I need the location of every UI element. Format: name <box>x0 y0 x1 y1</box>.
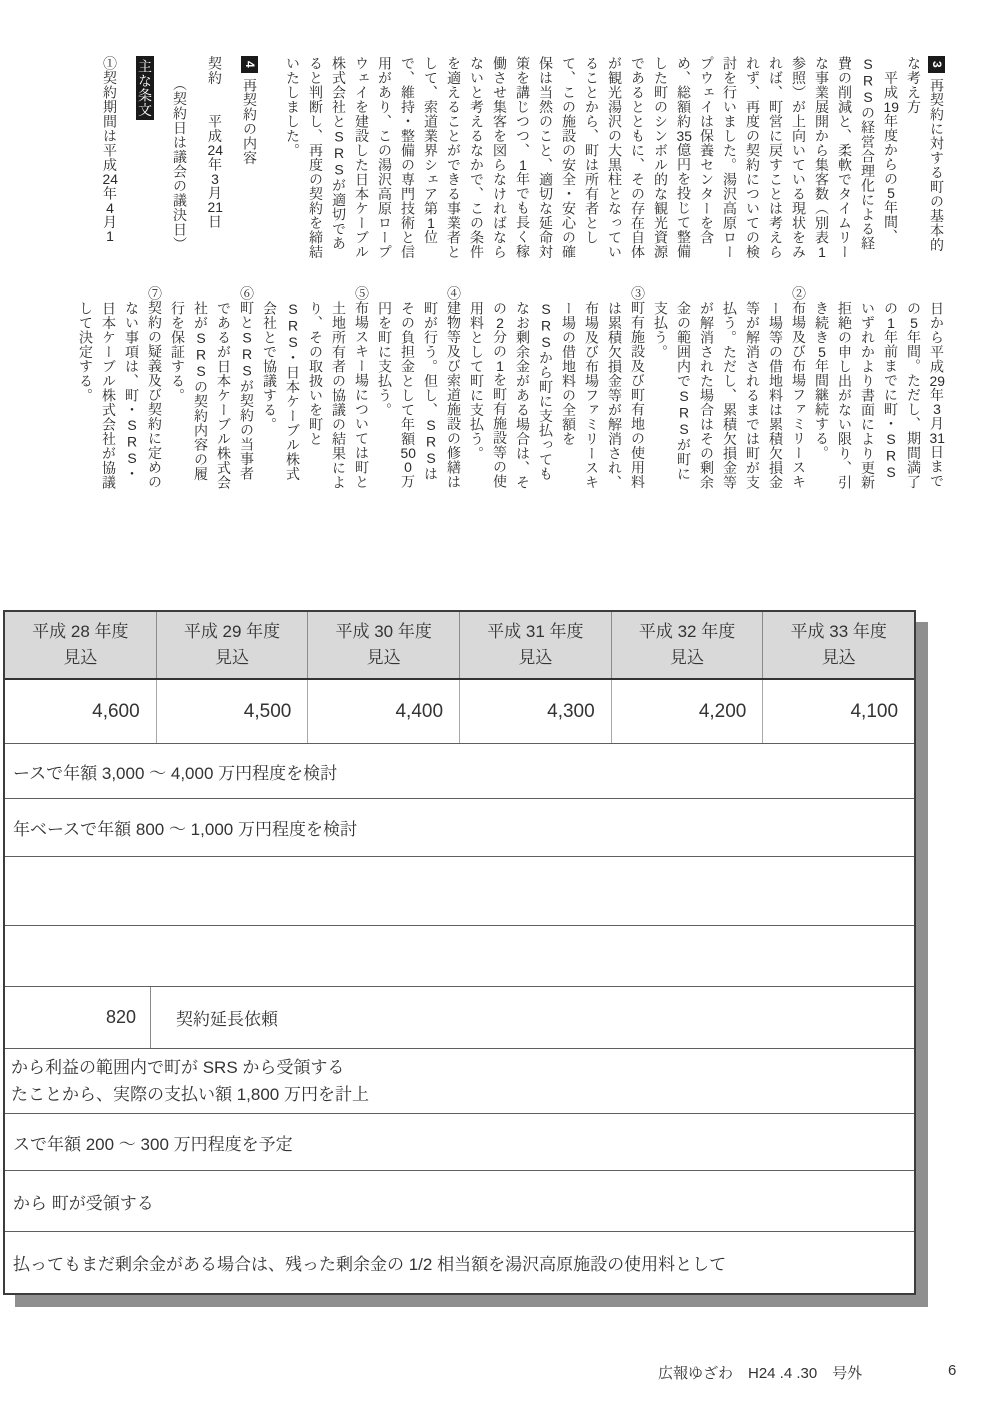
table-empty-row <box>5 926 914 987</box>
value-cell-h30: 4,400 <box>308 680 460 743</box>
table-note-row: から利益の範囲内で町が SRS から受領する たことから、実際の支払い額 1,8… <box>5 1049 914 1114</box>
main-clauses-label: 主な条文 <box>136 56 154 120</box>
table-note-row: 払ってもまだ剰余金がある場合は、残った剰余金の 1/2 相当額を湯沢高原施設の使… <box>5 1232 914 1293</box>
cell-820-value: 820 <box>5 987 151 1048</box>
page-number: 6 <box>948 1362 956 1379</box>
value-cell-h29: 4,500 <box>157 680 309 743</box>
table-note-row: 年ベースで年額 800 ～ 1,000 万円程度を検討 <box>5 799 914 857</box>
table-820-row: 820 契約延長依頼 <box>5 987 914 1049</box>
section-3-title: 再契約に対する町の基本的な考え方 <box>906 56 945 252</box>
header-cell-h31: 平成 31 年度見込 <box>460 612 612 678</box>
publication-title: 広報ゆざわ H24 .4 .30 号外 <box>658 1362 862 1383</box>
section-4-number-badge: 4 <box>241 56 258 73</box>
clause-6: ⑥町とSRSが契約の当事者であるが日本ケーブル株式会社がSRSの契約内容の履行を… <box>166 286 258 494</box>
column-gap <box>261 56 281 264</box>
note-line-2: たことから、実際の支払い額 1,800 万円を計上 <box>11 1081 914 1108</box>
header-cell-h28: 平成 28 年度見込 <box>5 612 157 678</box>
table-values-row: 4,600 4,500 4,400 4,300 4,200 4,100 <box>5 680 914 744</box>
value-cell-h33: 4,100 <box>763 680 914 743</box>
clause-5: ⑤布場スキー場については町と土地所有者の協議の結果により、その取扱いを町とSRS… <box>258 286 373 494</box>
value-cell-h28: 4,600 <box>5 680 157 743</box>
table-note-row: ースで年額 3,000 ～ 4,000 万円程度を検討 <box>5 744 914 799</box>
section-3-number-badge: 3 <box>928 56 945 73</box>
clause-1-start: ①契約期間は平成24年4月1 <box>98 56 121 264</box>
contract-date-note: （契約日は議会の議決日） <box>168 56 191 264</box>
note-line-1: から利益の範囲内で町が SRS から受領する <box>11 1054 914 1081</box>
table-header-row: 平成 28 年度見込 平成 29 年度見込 平成 30 年度見込 平成 31 年… <box>5 612 914 680</box>
header-cell-h32: 平成 32 年度見込 <box>612 612 764 678</box>
header-cell-h29: 平成 29 年度見込 <box>157 612 309 678</box>
section-3-body: 平成19年度からの5年間、SRSの経営合理化による経費の削減と、柔軟でタイムリー… <box>281 56 902 264</box>
header-cell-h30: 平成 30 年度見込 <box>308 612 460 678</box>
vertical-text-band-1: 3再契約に対する町の基本的な考え方 平成19年度からの5年間、SRSの経営合理化… <box>80 56 948 264</box>
column-gap <box>156 56 168 264</box>
column-gap <box>121 56 133 264</box>
clause-7: ⑦契約の疑義及び契約に定めのない事項は、町・SRS・日本ケーブル株式会社が協議し… <box>74 286 166 494</box>
table-empty-row <box>5 857 914 926</box>
forecast-table: 平成 28 年度見込 平成 29 年度見込 平成 30 年度見込 平成 31 年… <box>3 610 916 1295</box>
value-cell-h32: 4,200 <box>612 680 764 743</box>
main-clauses-label-wrap: 主な条文 <box>133 56 156 264</box>
clause-4: ④建物等及び索道施設の修繕は町が行う。但し、SRSはその負担金として年額500万… <box>373 286 465 494</box>
table-note-row: スで年額 200 ～ 300 万円程度を予定 <box>5 1114 914 1171</box>
table-note-row: から 町が受領する <box>5 1171 914 1232</box>
clause-2: ②布場及び布場ファミリースキー場等の借地料は累積欠損金等が解消されるまでは町が支… <box>649 286 810 494</box>
column-gap <box>191 56 203 264</box>
page: { "article": { "section3": { "number": "… <box>0 0 1000 1414</box>
vertical-text-band-2: 日から平成29年3月31日までの5年間。ただし、期間満了の1年前までに町・SRS… <box>80 286 948 494</box>
value-cell-h31: 4,300 <box>460 680 612 743</box>
contract-date-line: 契約 平成24年3月21日 <box>203 56 226 264</box>
section-4-heading: 4再契約の内容 <box>238 56 261 264</box>
cell-820-label: 契約延長依頼 <box>151 987 914 1048</box>
section-3-heading: 3再契約に対する町の基本的な考え方 <box>902 56 948 264</box>
clause-3: ③町有施設及び町有地の使用料は累積欠損金等が解消され、布場及び布場ファミリースキ… <box>465 286 649 494</box>
section-4-title: 再契約の内容 <box>242 78 258 165</box>
column-gap <box>226 56 238 264</box>
clause-1-continued: 日から平成29年3月31日までの5年間。ただし、期間満了の1年前までに町・SRS… <box>810 286 948 494</box>
header-cell-h33: 平成 33 年度見込 <box>763 612 914 678</box>
page-footer: 広報ゆざわ H24 .4 .30 号外 6 <box>0 1362 1000 1384</box>
